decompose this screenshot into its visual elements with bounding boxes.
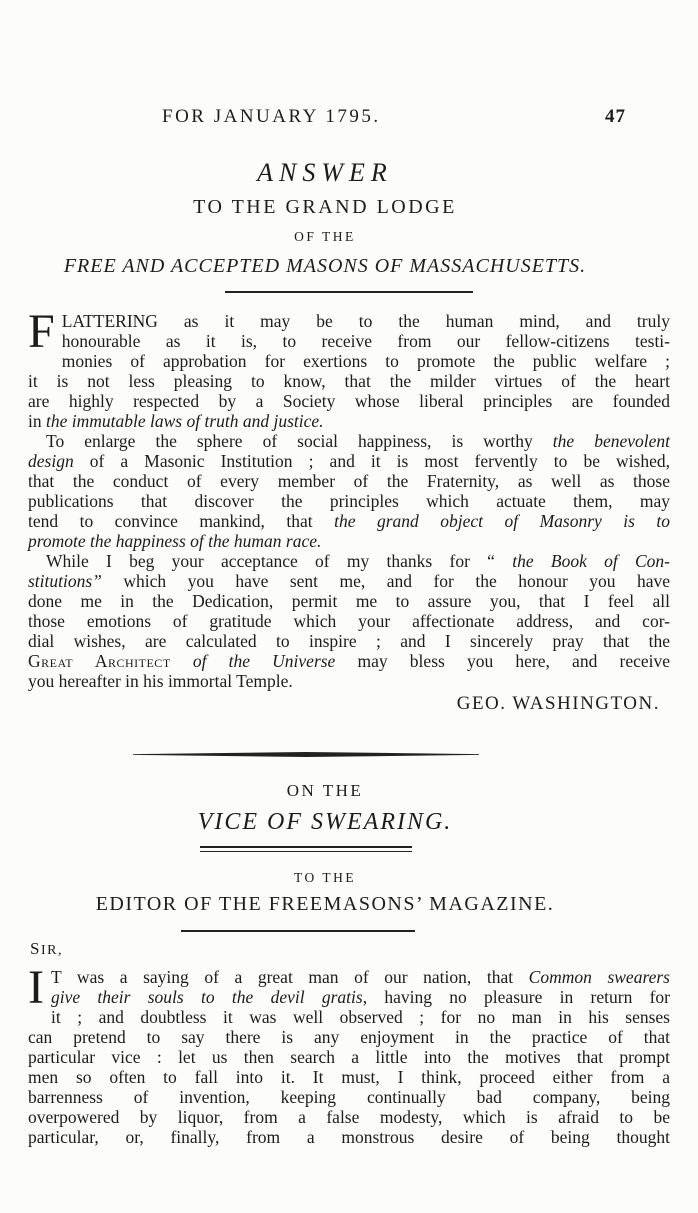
article-answer: ANSWER TO THE GRAND LODGE OF THE FREE AN…: [28, 158, 670, 716]
text-line: dial wishes, are calculated to inspire ;…: [28, 631, 670, 651]
text-line: barrenness of invention, keeping continu…: [28, 1087, 670, 1107]
article-subtitle-of-the: OF THE: [28, 229, 622, 245]
subheading-editor: EDITOR OF THE FREEMASONS’ MAGAZINE.: [28, 892, 622, 916]
text-line: it ; and doubtless it was well observed …: [28, 1007, 670, 1027]
text-line: can pretend to say there is any enjoymen…: [28, 1027, 670, 1047]
text-line: To enlarge the sphere of social happines…: [28, 431, 670, 451]
text-line: Great Architect of the Universe may bles…: [28, 651, 670, 671]
answer-paragraph-3: While I beg your acceptance of my thanks…: [28, 551, 670, 691]
text-line: in the immutable laws of truth and justi…: [28, 411, 670, 431]
text-line: are highly respected by a Society whose …: [28, 391, 670, 411]
signature-geo-washington: GEO. WASHINGTON.: [28, 692, 670, 716]
page-number: 47: [605, 106, 626, 128]
text-line: tend to convince mankind, that the grand…: [28, 511, 670, 531]
text-line: it is not less pleasing to know, that th…: [28, 371, 670, 391]
text-line: you hereafter in his immortal Temple.: [28, 671, 670, 691]
article-vice-of-swearing: ON THE VICE OF SWEARING. TO THE EDITOR O…: [28, 781, 670, 1147]
text-line: design of a Masonic Institution ; and it…: [28, 451, 670, 471]
answer-paragraph-1: FLATTERING as it may be to the human min…: [28, 311, 670, 431]
text-line: stitutions” which you have sent me, and …: [28, 571, 670, 591]
text-line: While I beg your acceptance of my thanks…: [28, 551, 670, 571]
double-rule: [200, 846, 412, 852]
answer-paragraph-2: To enlarge the sphere of social happines…: [28, 431, 670, 551]
heading-vice-of-swearing: VICE OF SWEARING.: [28, 808, 622, 837]
article-title: ANSWER: [28, 158, 622, 188]
drop-cap: I: [28, 968, 44, 1008]
text-line: give their souls to the devil gratis, ha…: [28, 987, 670, 1007]
text-line: publications that discover the principle…: [28, 491, 670, 511]
text-line: particular vice : let us then search a l…: [28, 1047, 670, 1067]
running-header: FOR JANUARY 1795. 47: [28, 106, 670, 130]
letter-paragraph-1: IT was a saying of a great man of our na…: [28, 967, 670, 1147]
article-answer-headings: ANSWER TO THE GRAND LODGE OF THE FREE AN…: [28, 158, 622, 279]
title-rule: [225, 291, 473, 293]
drop-cap: F: [28, 312, 55, 352]
text-line: done me in the Dedication, permit me to …: [28, 591, 670, 611]
editor-rule: [181, 930, 415, 932]
text-line: that the conduct of every member of the …: [28, 471, 670, 491]
article-vice-headings: ON THE VICE OF SWEARING.: [28, 781, 622, 837]
text-line: LATTERING as it may be to the human mind…: [28, 311, 670, 331]
article-vice-subheadings: TO THE EDITOR OF THE FREEMASONS’ MAGAZIN…: [28, 870, 622, 916]
text-line: particular, or, finally, from a monstrou…: [28, 1127, 670, 1147]
text-line: men so often to fall into it. It must, I…: [28, 1067, 670, 1087]
text-line: monies of approbation for exertions to p…: [28, 351, 670, 371]
text-line: honourable as it is, to receive from our…: [28, 331, 670, 351]
section-divider-rule: [133, 752, 479, 757]
article-subtitle-grand-lodge: TO THE GRAND LODGE: [28, 195, 622, 219]
magazine-page: FOR JANUARY 1795. 47 ANSWER TO THE GRAND…: [0, 0, 698, 1147]
subheading-to-the: TO THE: [28, 870, 622, 886]
text-line: those emotions of gratitude which your a…: [28, 611, 670, 631]
text-line: T was a saying of a great man of our nat…: [28, 967, 670, 987]
text-line: overpowered by liquor, from a false mode…: [28, 1107, 670, 1127]
running-title: FOR JANUARY 1795.: [162, 106, 381, 128]
text-line: promote the happiness of the human race.: [28, 531, 670, 551]
salutation-sir: SIR,: [30, 939, 670, 959]
heading-on-the: ON THE: [28, 781, 622, 801]
article-subtitle-masons: FREE AND ACCEPTED MASONS OF MASSACHUSETT…: [28, 254, 622, 279]
